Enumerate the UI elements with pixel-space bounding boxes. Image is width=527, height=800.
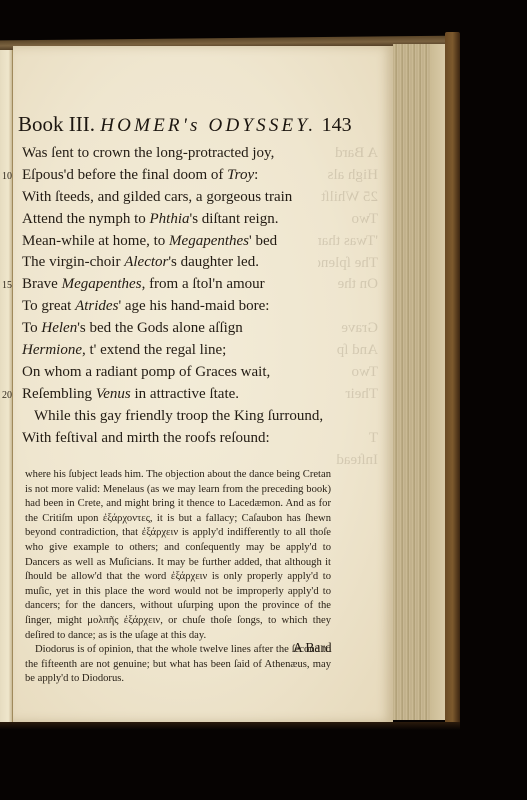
verse-line: To Helen's bed the Gods alone aſſign: [22, 318, 382, 340]
verse-text: Attend the nymph to Phthia's diſtant rei…: [22, 211, 278, 227]
catchword: A Bard: [293, 640, 332, 656]
verse-text: Hermione, t' extend the regal line;: [22, 342, 226, 358]
footnote-paragraph: Diodorus is of opinion, that the whole t…: [25, 643, 331, 687]
bottom-shadow: [0, 722, 460, 730]
line-number: 10: [2, 166, 12, 188]
verse-line: Hermione, t' extend the regal line;: [22, 340, 382, 362]
verse-text: To Helen's bed the Gods alone aſſign: [22, 320, 243, 336]
verse-text: Brave Megapenthes, from a ſtol'n amour: [22, 276, 265, 292]
verse-line: Mean-while at home, to Megapenthes' bed: [22, 231, 382, 253]
verse-text: Was ſent to crown the long-protracted jo…: [22, 145, 274, 161]
line-number: 15: [2, 275, 12, 297]
work-title: HOMER's ODYSSEY.: [100, 115, 316, 136]
verse-line: Attend the nymph to Phthia's diſtant rei…: [22, 209, 382, 231]
verse-line: With ſteeds, and gilded cars, a gorgeous…: [22, 187, 382, 209]
verse-line: 20Reſembling Venus in attractive ſtate.: [22, 384, 382, 406]
verse-block: Was ſent to crown the long-protracted jo…: [22, 143, 382, 449]
verse-text: Eſpous'd before the final doom of Troy:: [22, 167, 258, 183]
book-cover-board: [445, 32, 460, 730]
footnotes: where his ſubject leads him. The objecti…: [25, 468, 331, 687]
book-label: Book III.: [18, 112, 95, 136]
verse-text: The virgin-choir Alector's daughter led.: [22, 254, 259, 270]
verse-text: With ſteeds, and gilded cars, a gorgeous…: [22, 189, 292, 205]
verse-line: The virgin-choir Alector's daughter led.: [22, 252, 382, 274]
verse-text: Reſembling Venus in attractive ſtate.: [22, 386, 239, 402]
running-head: Book III. HOMER's ODYSSEY. 143: [18, 112, 388, 137]
verse-line: While this gay friendly troop the King ſ…: [22, 406, 382, 428]
verse-line: On whom a radiant pomp of Graces wait,: [22, 362, 382, 384]
verse-text: With feſtival and mirth the roofs reſoun…: [22, 430, 270, 446]
verse-text: To great Atrides' age his hand-maid bore…: [22, 298, 269, 314]
verse-text: Mean-while at home, to Megapenthes' bed: [22, 233, 277, 249]
line-number: 20: [2, 385, 12, 407]
verse-line: 10Eſpous'd before the final doom of Troy…: [22, 165, 382, 187]
verse-text: On whom a radiant pomp of Graces wait,: [22, 364, 270, 380]
footnote-paragraph: where his ſubject leads him. The objecti…: [25, 468, 331, 643]
verse-line: To great Atrides' age his hand-maid bore…: [22, 296, 382, 318]
verse-line: Was ſent to crown the long-protracted jo…: [22, 143, 382, 165]
page-fore-edge-highlight: [430, 44, 445, 720]
verse-line: With feſtival and mirth the roofs reſoun…: [22, 428, 382, 450]
verse-text: While this gay friendly troop the King ſ…: [34, 408, 323, 424]
page-number: 143: [322, 114, 352, 136]
verse-line: 15Brave Megapenthes, from a ſtol'n amour: [22, 274, 382, 296]
